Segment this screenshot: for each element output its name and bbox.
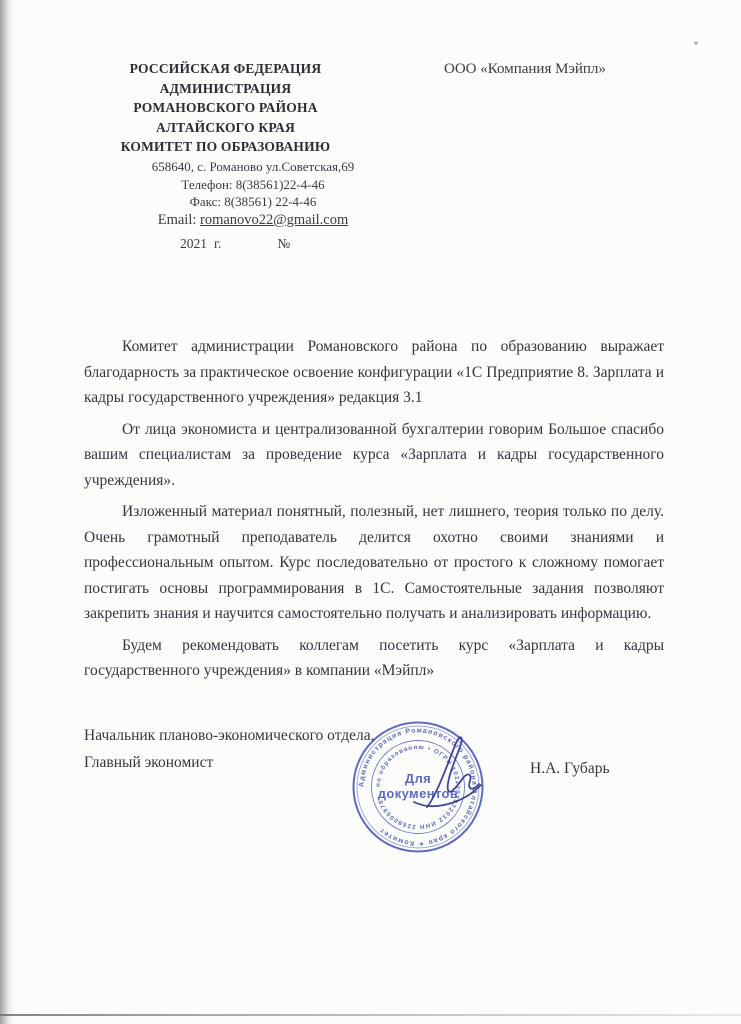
org-name-block: РОССИЙСКАЯ ФЕДЕРАЦИЯ АДМИНИСТРАЦИЯ РОМАН… (78, 59, 373, 157)
org-line-district: РОМАНОВСКОГО РАЙОНА (78, 98, 373, 118)
paragraph-review: Изложенный материал понятный, полезный, … (84, 499, 664, 627)
contact-block: 658640, с. Романово ул.Советская,69 Теле… (83, 158, 423, 229)
contact-phone: Телефон: 8(38561)22-4-46 (83, 176, 423, 194)
contact-email-line: Email: romanovo22@gmail.com (83, 212, 423, 230)
date-year-suffix: г. (214, 236, 221, 251)
org-line-region: АЛТАЙСКОГО КРАЯ (78, 118, 373, 138)
stamp-center-line2: документов (378, 786, 459, 801)
recipient-company-name: ООО «Компания Мэйпл» (444, 61, 606, 78)
stamp-rings: Администрация Романовского района Алтайс… (354, 723, 483, 852)
scan-edge-left (0, 0, 14, 1024)
scan-speck (694, 41, 698, 45)
scanned-letter-page: РОССИЙСКАЯ ФЕДЕРАЦИЯ АДМИНИСТРАЦИЯ РОМАН… (0, 0, 741, 1024)
org-line-country: РОССИЙСКАЯ ФЕДЕРАЦИЯ (78, 59, 373, 79)
email-address: romanovo22@gmail.com (200, 212, 348, 228)
stamp-center-line1: Для (405, 771, 431, 786)
org-line-committee: КОМИТЕТ ПО ОБРАЗОВАНИЮ (78, 137, 373, 157)
paragraph-recommendation: Будем рекомендовать коллегам посетить ку… (84, 633, 664, 684)
letter-body: Комитет администрации Романовского район… (84, 334, 664, 690)
email-label: Email: (158, 212, 200, 228)
scan-edge-bottom (0, 1014, 741, 1016)
doc-number-sign: № (277, 236, 290, 251)
paragraph-thanks: От лица экономиста и централизованной бу… (84, 417, 664, 494)
stamp: Администрация Романовского района Алтайс… (328, 698, 510, 878)
signer-name: Н.А. Губарь (530, 760, 610, 778)
contact-fax: Факс: 8(38561) 22-4-46 (83, 193, 423, 211)
org-line-administration: АДМИНИСТРАЦИЯ (78, 79, 373, 99)
contact-address: 658640, с. Романово ул.Советская,69 (83, 158, 423, 176)
date-year: 2021 (180, 236, 207, 251)
paragraph-gratitude: Комитет администрации Романовского район… (84, 334, 664, 411)
date-line: 2021г.№ (180, 236, 290, 252)
